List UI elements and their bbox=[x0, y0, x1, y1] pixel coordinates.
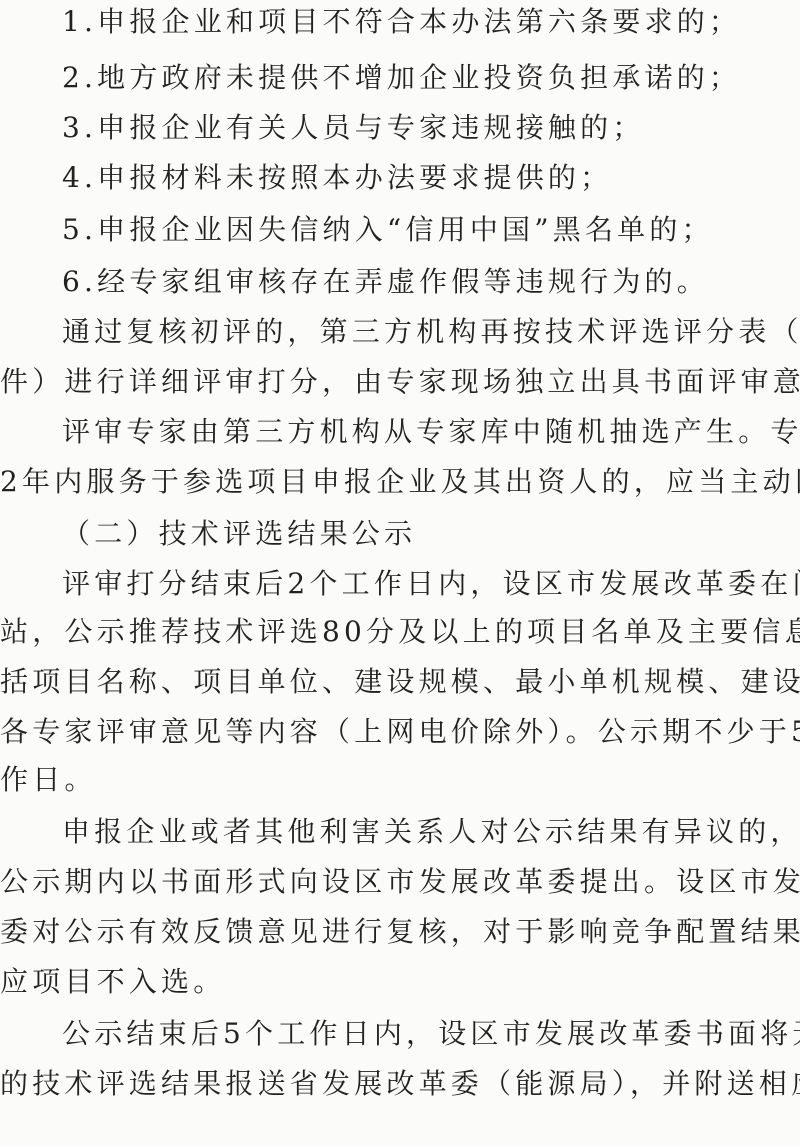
list-item-3: 3.申报企业有关人员与专家违规接触的； bbox=[62, 108, 800, 148]
list-item-1: 1.申报企业和项目不符合本办法第六条要求的； bbox=[62, 2, 800, 42]
list-item-4: 4.申报材料未按照本办法要求提供的； bbox=[62, 158, 800, 198]
paragraph-line: 公示结束后5个工作日内，设区市发展改革委书面将无异议 bbox=[62, 1014, 800, 1054]
paragraph-line: 作日。 bbox=[0, 760, 800, 800]
list-item-2: 2.地方政府未提供不增加企业投资负担承诺的； bbox=[62, 58, 800, 98]
paragraph-line: 站，公示推荐技术评选80分及以上的项目名单及主要信息，包 bbox=[0, 612, 800, 652]
paragraph-line: 件）进行详细评审打分，由专家现场独立出具书面评审意见。 bbox=[0, 362, 800, 402]
paragraph-line: 委对公示有效反馈意见进行复核，对于影响竞争配置结果的，相 bbox=[0, 912, 800, 952]
paragraph-line: 评审打分结束后2个工作日内，设区市发展改革委在门户网 bbox=[62, 564, 800, 604]
paragraph-line: 公示期内以书面形式向设区市发展改革委提出。设区市发展改革 bbox=[0, 862, 800, 902]
paragraph-line: 评审专家由第三方机构从专家库中随机抽选产生。专家曾于 bbox=[62, 412, 800, 452]
paragraph-line: 通过复核初评的，第三方机构再按技术评选评分表（详见附 bbox=[62, 312, 800, 352]
list-item-5: 5.申报企业因失信纳入“信用中国”黑名单的； bbox=[62, 210, 800, 250]
paragraph-line: 应项目不入选。 bbox=[0, 962, 800, 1002]
paragraph-line: 的技术评选结果报送省发展改革委（能源局），并附送相应的项 bbox=[0, 1064, 800, 1104]
paragraph-line: 申报企业或者其他利害关系人对公示结果有异议的，应当在 bbox=[62, 812, 800, 852]
paragraph-line: 括项目名称、项目单位、建设规模、最小单机规模、建设进度、 bbox=[0, 662, 800, 702]
paragraph-line: 2年内服务于参选项目申报企业及其出资人的，应当主动回避。 bbox=[0, 462, 800, 502]
document-page: 1.申报企业和项目不符合本办法第六条要求的； 2.地方政府未提供不增加企业投资负… bbox=[0, 0, 800, 1147]
list-item-6: 6.经专家组审核存在弄虚作假等违规行为的。 bbox=[62, 262, 800, 302]
section-heading: （二）技术评选结果公示 bbox=[62, 514, 800, 554]
paragraph-line: 各专家评审意见等内容（上网电价除外）。公示期不少于5个工 bbox=[0, 712, 800, 752]
